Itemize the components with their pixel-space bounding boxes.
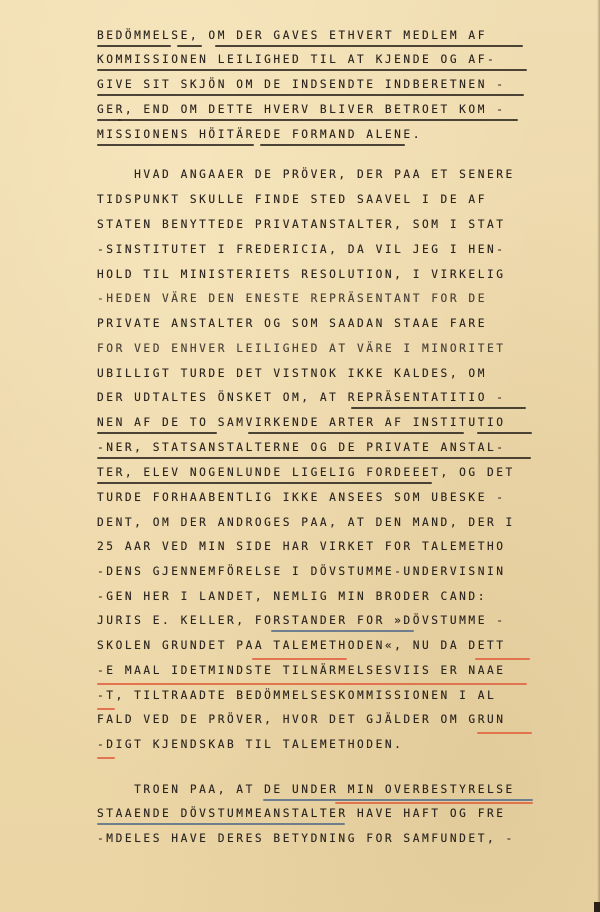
black-underline-mark — [97, 144, 254, 146]
black-underline-mark — [477, 432, 532, 434]
black-underline-mark — [97, 45, 171, 47]
text-line: FALD VED DE PRÖVER, HVOR DET GJÄLDER OM … — [97, 710, 506, 730]
text-line: FOR VED ENHVER LEILIGHED AT VÄRE I MINOR… — [97, 339, 506, 359]
text-line: STAAENDE DÖVSTUMMEANSTALTER HAVE HAFT OG… — [97, 804, 506, 824]
text-line: BEDÖMMELSE, OM DER GAVES ETHVERT MEDLEM … — [97, 26, 487, 46]
document-page: BEDÖMMELSE, OM DER GAVES ETHVERT MEDLEM … — [0, 0, 600, 912]
text-line: -SINSTITUTET I FREDERICIA, DA VIL JEG I … — [97, 240, 506, 260]
text-line: 25 AAR VED MIN SIDE HAR VIRKET FOR TALEM… — [97, 537, 506, 557]
text-line: GIVE SIT SKJÖN OM DE INDSENDTE INDBERETN… — [97, 75, 506, 95]
text-line: -GEN HER I LANDET, NEMLIG MIN BRODER CAN… — [97, 587, 487, 607]
paragraph-start-line: TROEN PAA, AT DE UNDER MIN OVERBESTYRELS… — [97, 780, 515, 800]
black-underline-mark — [97, 457, 531, 459]
black-underline-mark — [97, 94, 524, 96]
text-line: -E MAAL IDETMINDSTE TILNÄRMELSESVIIS ER … — [97, 661, 506, 681]
blue-underline-mark — [271, 630, 414, 632]
text-line: JURIS E. KELLER, FORSTANDER FOR »DÖVSTUM… — [97, 611, 506, 631]
red-underline-mark — [477, 732, 532, 734]
text-line: GER, END OM DETTE HVERV BLIVER BETROET K… — [97, 100, 506, 120]
text-line: SKOLEN GRUNDET PAA TALEMETHODEN«, NU DA … — [97, 636, 506, 656]
black-underline-mark — [248, 432, 464, 434]
red-underline-mark — [335, 802, 533, 804]
text-line: -DENS GJENNEMFÖRELSE I DÖVSTUMME-UNDERVI… — [97, 562, 506, 582]
text-line: -NER, STATSANSTALTERNE OG DE PRIVATE ANS… — [97, 438, 506, 458]
text-line: TIDSPUNKT SKULLE FINDE STED SAAVEL I DE … — [97, 190, 487, 210]
text-line: -T, TILTRAADTE BEDÖMMELSESKOMMISSIONEN I… — [97, 686, 496, 706]
black-underline-mark — [97, 482, 432, 484]
black-underline-mark — [215, 45, 523, 47]
black-underline-mark — [351, 407, 526, 409]
text-line: HOLD TIL MINISTERIETS RESOLUTION, I VIRK… — [97, 265, 506, 285]
blue-underline-mark — [263, 799, 533, 801]
red-underline-mark — [97, 683, 527, 685]
text-line: -DIGT KJENDSKAB TIL TALEMETHODEN. — [97, 735, 403, 755]
text-line: STATEN BENYTTEDE PRIVATANSTALTER, SOM I … — [97, 215, 506, 235]
text-line: MISSIONENS HÖITÄREDE FORMAND ALENE. — [97, 125, 422, 145]
red-underline-mark — [475, 658, 530, 660]
red-underline-mark — [97, 708, 115, 710]
text-line: NEN AF DE TO SAMVIRKENDE ARTER AF INSTIT… — [97, 413, 506, 433]
scan-corner-mark — [594, 902, 600, 912]
text-line: DENT, OM DER ANDROGES PAA, AT DEN MAND, … — [97, 513, 515, 533]
red-underline-mark — [252, 658, 347, 660]
text-line: TURDE FORHAABENTLIG IKKE ANSEES SOM UBES… — [97, 488, 506, 508]
black-underline-mark — [118, 119, 518, 121]
text-line: TER, ELEV NOGENLUNDE LIGELIG FORDEEET, O… — [97, 463, 515, 483]
text-line: KOMMISSIONEN LEILIGHED TIL AT KJENDE OG … — [97, 50, 496, 70]
paragraph-start-line: HVAD ANGAAER DE PRÖVER, DER PAA ET SENER… — [97, 165, 515, 185]
blue-underline-mark — [97, 823, 345, 825]
text-line: PRIVATE ANSTALTER OG SOM SAADAN STAAE FA… — [97, 314, 487, 334]
black-underline-mark — [97, 69, 527, 71]
red-underline-mark — [97, 757, 115, 759]
text-line: -MDELES HAVE DERES BETYDNING FOR SAMFUND… — [97, 829, 515, 849]
text-line: UBILLIGT TURDE DET VISTNOK IKKE KALDES, … — [97, 364, 487, 384]
black-underline-mark — [177, 45, 202, 47]
text-line: -HEDEN VÄRE DEN ENESTE REPRÄSENTANT FOR … — [97, 289, 487, 309]
text-line: DER UDTALTES ÖNSKET OM, AT REPRÄSENTATIT… — [97, 388, 506, 408]
black-underline-mark — [97, 432, 217, 434]
black-underline-mark — [260, 144, 405, 146]
